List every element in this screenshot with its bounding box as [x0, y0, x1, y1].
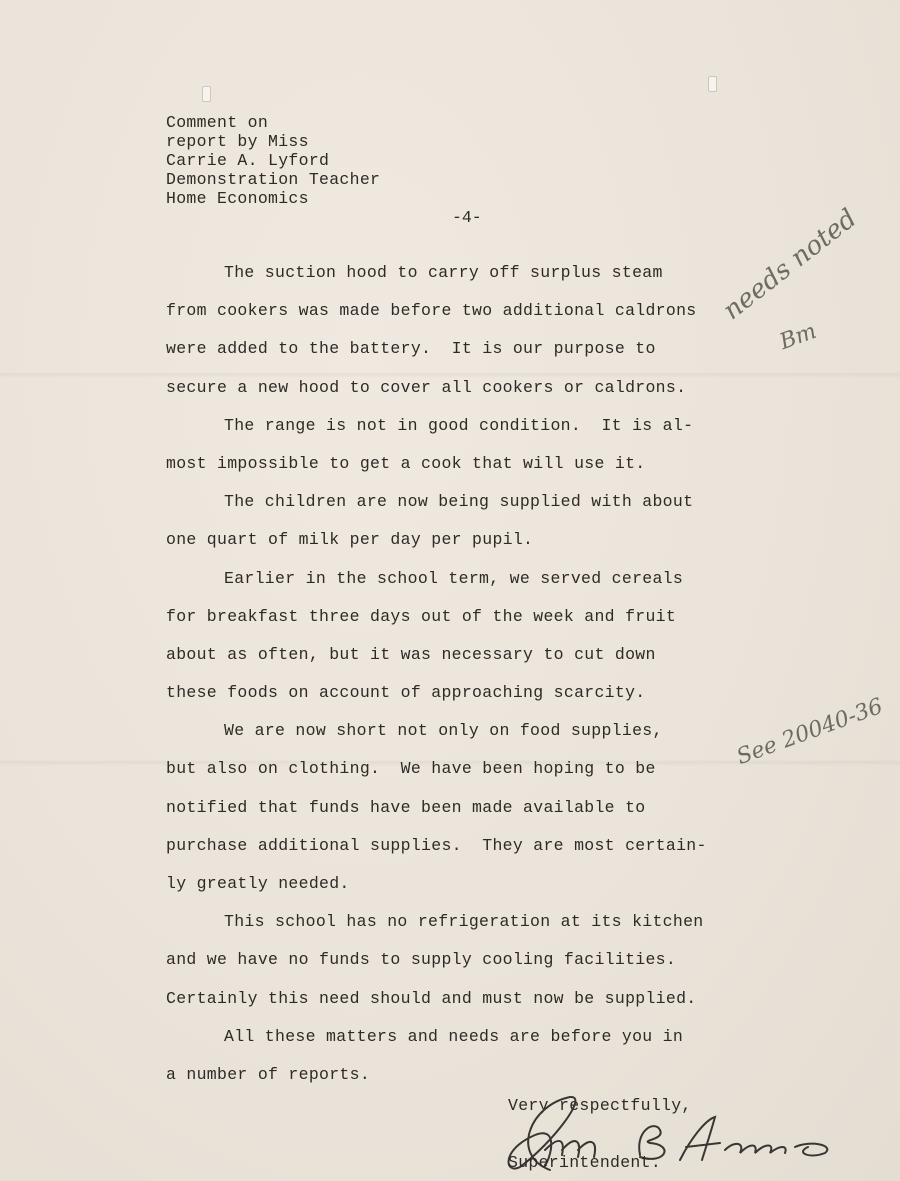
body-line: most impossible to get a cook that will … — [166, 453, 786, 491]
signer-title: Superintendent. — [508, 1153, 661, 1172]
address-line: report by Miss — [166, 132, 380, 151]
address-line: Carrie A. Lyford — [166, 151, 380, 170]
letter-body: The suction hood to carry off surplus st… — [166, 262, 786, 1102]
staple-mark-left — [202, 86, 211, 102]
body-line: from cookers was made before two additio… — [166, 300, 786, 338]
body-line: All these matters and needs are before y… — [166, 1026, 786, 1064]
address-block: Comment on report by Miss Carrie A. Lyfo… — [166, 113, 380, 208]
body-line: about as often, but it was necessary to … — [166, 644, 786, 682]
body-line: were added to the battery. It is our pur… — [166, 338, 786, 376]
body-line: The range is not in good condition. It i… — [166, 415, 786, 453]
body-line: The suction hood to carry off surplus st… — [166, 262, 786, 300]
address-line: Comment on — [166, 113, 380, 132]
body-line: and we have no funds to supply cooling f… — [166, 949, 786, 987]
body-line: for breakfast three days out of the week… — [166, 606, 786, 644]
body-line: these foods on account of approaching sc… — [166, 682, 786, 720]
address-line: Home Economics — [166, 189, 380, 208]
body-line: one quart of milk per day per pupil. — [166, 529, 786, 567]
body-line: secure a new hood to cover all cookers o… — [166, 377, 786, 415]
body-line: We are now short not only on food suppli… — [166, 720, 786, 758]
body-line: ly greatly needed. — [166, 873, 786, 911]
body-line: Earlier in the school term, we served ce… — [166, 568, 786, 606]
page-number: -4- — [452, 208, 482, 227]
body-line: This school has no refrigeration at its … — [166, 911, 786, 949]
body-line: Certainly this need should and must now … — [166, 988, 786, 1026]
body-line: The children are now being supplied with… — [166, 491, 786, 529]
body-line: purchase additional supplies. They are m… — [166, 835, 786, 873]
staple-mark-right — [708, 76, 717, 92]
body-line: notified that funds have been made avail… — [166, 797, 786, 835]
address-line: Demonstration Teacher — [166, 170, 380, 189]
body-line: but also on clothing. We have been hopin… — [166, 758, 786, 796]
